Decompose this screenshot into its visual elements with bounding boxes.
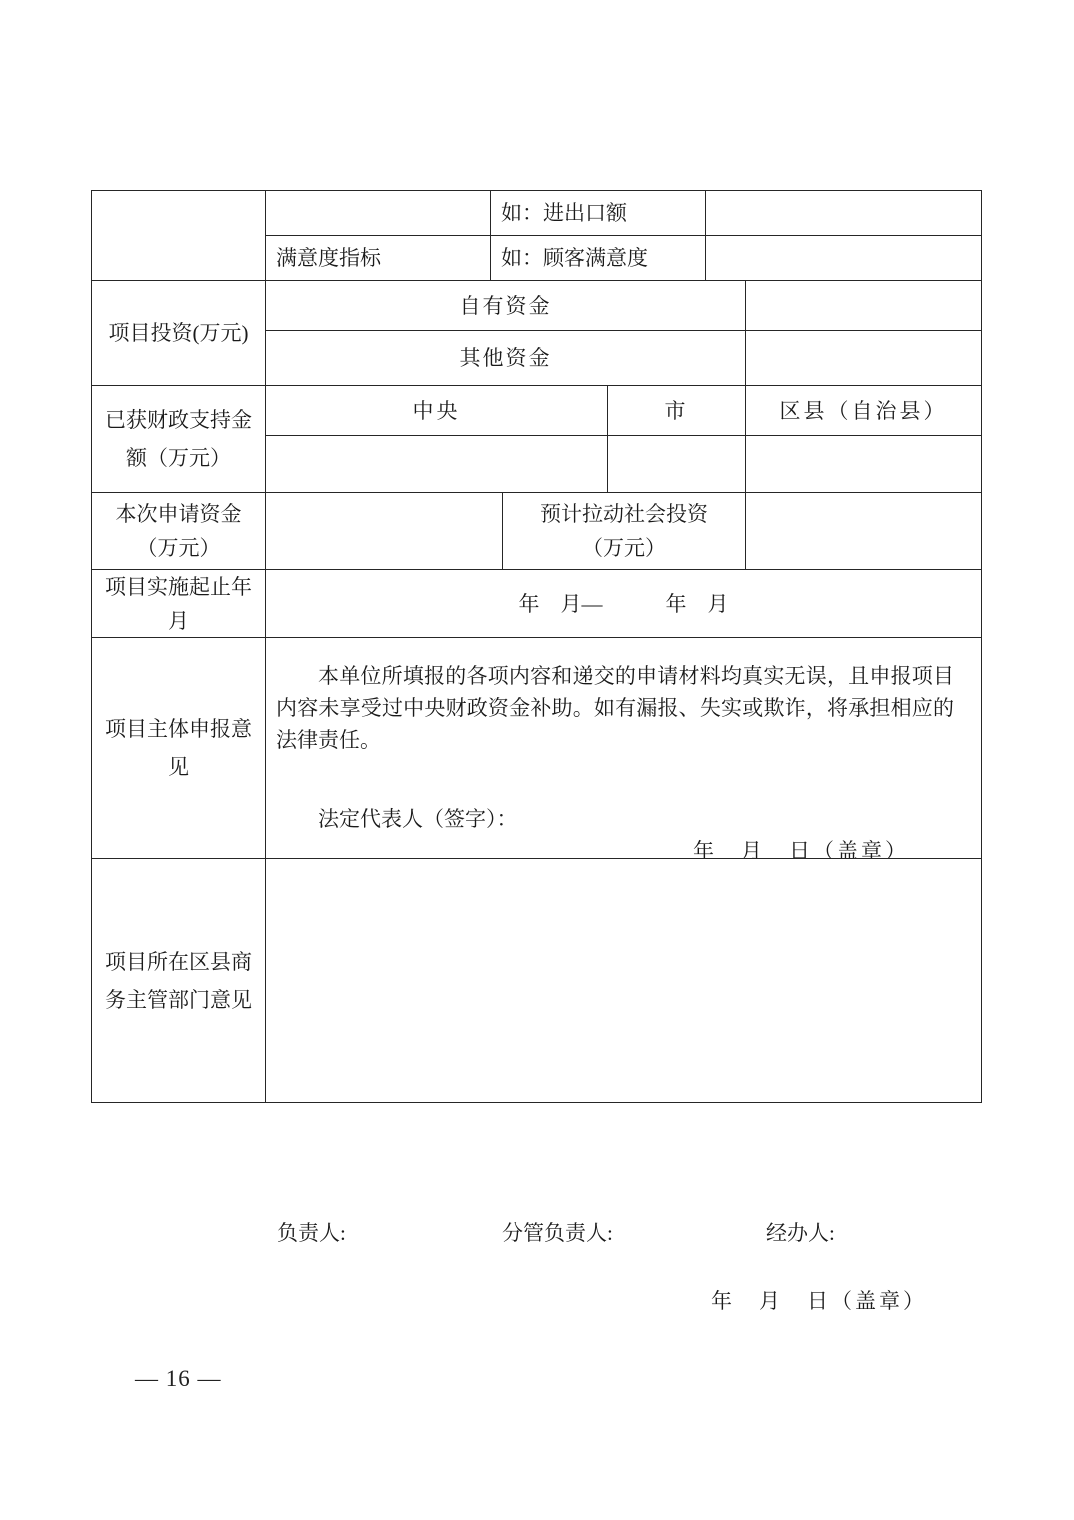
label-line: 项目实施起止年: [105, 570, 252, 604]
cell-other-funds-value-blank: [746, 331, 981, 386]
cell-text: 区县（自治县）: [780, 396, 948, 426]
cell-indicator-name-blank: [266, 191, 491, 236]
cell-social-investment-value-blank: [746, 493, 981, 570]
cell-declaration: 本单位所填报的各项内容和递交的申请材料均真实无误，且申报项目内容未享受过中央财政…: [266, 638, 981, 859]
label-line: 项目所在区县商: [105, 943, 252, 981]
cell-request-amount-blank: [266, 493, 503, 570]
label-line: 本次申请资金: [116, 497, 242, 531]
declaration-text: 本单位所填报的各项内容和递交的申请材料均真实无误，且申报项目内容未享受过中央财政…: [276, 660, 954, 756]
cell-indicator-value-blank: [706, 191, 981, 236]
label-fiscal-support: 已获财政支持金 额（万元）: [92, 386, 266, 493]
cell-other-funds: 其他资金: [266, 331, 746, 386]
label-project-investment: 项目投资(万元): [92, 281, 266, 386]
label-line: 见: [168, 748, 189, 786]
cell-satisfaction-value-blank: [706, 236, 981, 281]
label-line: 额（万元）: [126, 439, 231, 477]
cell-own-funds: 自有资金: [266, 281, 746, 331]
cell-text: 如：进出口额: [501, 198, 627, 228]
cell-indicator-label-blank: [92, 191, 266, 281]
cell-county-value-blank: [746, 436, 981, 493]
label-line: 项目主体申报意: [105, 710, 252, 748]
cell-text: 中央: [413, 396, 461, 426]
cell-county-header: 区县（自治县）: [746, 386, 981, 436]
opinion-deputy-label: 分管负责人:: [502, 1218, 613, 1248]
opinion-head-label: 负责人:: [277, 1218, 346, 1248]
label-county-commerce-opinion: 项目所在区县商 务主管部门意见: [92, 859, 266, 1102]
document-page: 项目投资(万元) 已获财政支持金 额（万元） 本次申请资金 （万元） 项目实施起…: [0, 0, 1074, 1520]
label-line: 已获财政支持金: [105, 401, 252, 439]
cell-text: 市: [665, 396, 689, 426]
declaration-date-seal-label: 年 月 日（盖章）: [693, 836, 909, 859]
label-line: （万元）: [137, 531, 221, 565]
cell-text: 满意度指标: [276, 243, 381, 273]
cell-own-funds-value-blank: [746, 281, 981, 331]
cell-social-investment-label: 预计拉动社会投资 （万元）: [503, 493, 746, 570]
cell-text: 年 月— 年 月: [519, 589, 729, 619]
cell-city-value-blank: [608, 436, 746, 493]
label-text: 项目投资(万元): [109, 318, 249, 348]
label-applicant-declaration: 项目主体申报意 见: [92, 638, 266, 859]
cell-text: 如：顾客满意度: [501, 243, 648, 273]
label-current-request: 本次申请资金 （万元）: [92, 493, 266, 570]
label-line: 务主管部门意见: [105, 981, 252, 1019]
page-number: — 16 —: [135, 1366, 222, 1392]
cell-county-opinion: 负责人: 分管负责人: 经办人: 年 月 日（盖章）: [266, 1080, 981, 1323]
legal-representative-sign-label: 法定代表人（签字）：: [318, 804, 518, 834]
cell-text: 其他资金: [460, 343, 552, 373]
label-line: （万元）: [582, 531, 666, 565]
cell-central-header: 中央: [266, 386, 608, 436]
cell-text: 自有资金: [460, 291, 552, 321]
cell-central-value-blank: [266, 436, 608, 493]
label-implementation-period: 项目实施起止年 月: [92, 570, 266, 638]
cell-period-value: 年 月— 年 月: [266, 570, 981, 638]
cell-satisfaction-label: 满意度指标: [266, 236, 491, 281]
label-line: 预计拉动社会投资: [540, 497, 708, 531]
cell-city-header: 市: [608, 386, 746, 436]
cell-export-example: 如：进出口额: [491, 191, 706, 236]
label-line: 月: [168, 604, 189, 638]
cell-satisfaction-example: 如：顾客满意度: [491, 236, 706, 281]
opinion-handler-label: 经办人:: [766, 1218, 835, 1248]
application-form-table: 项目投资(万元) 已获财政支持金 额（万元） 本次申请资金 （万元） 项目实施起…: [91, 190, 982, 1103]
opinion-date-seal-label: 年 月 日（盖章）: [711, 1286, 927, 1316]
